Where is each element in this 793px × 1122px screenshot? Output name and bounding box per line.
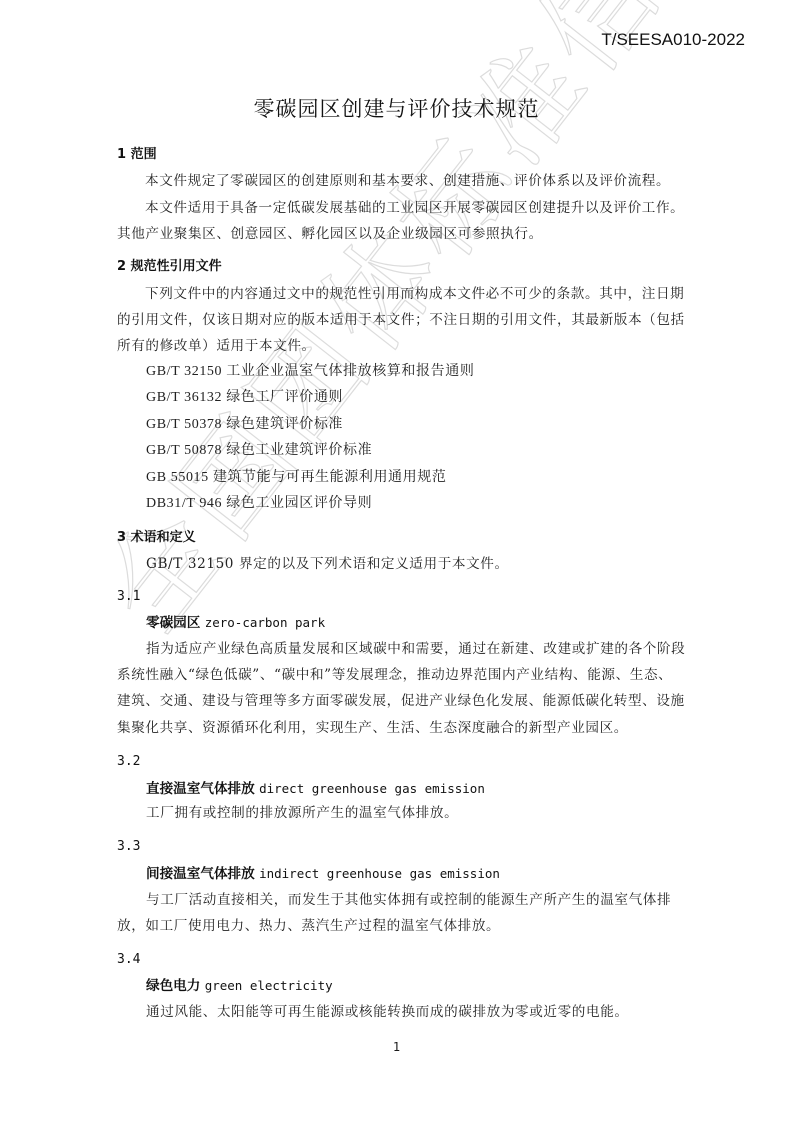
clause-number: 3.1 [117, 588, 140, 606]
section-heading-scope: 1 范围 [117, 146, 157, 164]
reference-item: GB/T 50378 绿色建筑评价标准 [146, 416, 343, 434]
paragraph: 其他产业聚集区、创意园区、孵化园区以及企业级园区可参照执行。 [117, 225, 543, 243]
paragraph: 的引用文件，仅该日期对应的版本适用于本文件；不注日期的引用文件，其最新版本（包括 [117, 311, 685, 329]
term-entry: 间接温室气体排放 indirect greenhouse gas emissio… [146, 865, 500, 883]
definition-line: 指为适应产业绿色高质量发展和区域碳中和需要，通过在新建、改建或扩建的各个阶段 [146, 640, 685, 658]
document-page: 全国团体标准信息平台 T/SEESA010-2022 零碳园区创建与评价技术规范… [0, 0, 793, 1122]
document-code: T/SEESA010-2022 [601, 30, 745, 50]
section-heading-normative-references: 2 规范性引用文件 [117, 258, 222, 276]
term-english: indirect greenhouse gas emission [259, 866, 500, 881]
clause-number: 3.3 [117, 838, 140, 856]
definition-line: 放，如工厂使用电力、热力、蒸汽生产过程的温室气体排放。 [117, 917, 500, 935]
definition-line: 集聚化共享、资源循环化利用，实现生产、生活、生态深度融合的新型产业园区。 [117, 719, 628, 737]
definition-line: 工厂拥有或控制的排放源所产生的温室气体排放。 [146, 804, 458, 822]
term-english: zero-carbon park [205, 615, 325, 630]
section-heading-terms-definitions: 3 术语和定义 [117, 529, 196, 547]
term-entry: 绿色电力 green electricity [146, 977, 333, 995]
paragraph: 下列文件中的内容通过文中的规范性引用而构成本文件必不可少的条款。其中，注日期 [145, 285, 684, 303]
term-chinese: 零碳园区 [146, 615, 200, 631]
term-entry: 直接温室气体排放 direct greenhouse gas emission [146, 780, 485, 798]
page-title: 零碳园区创建与评价技术规范 [0, 93, 793, 123]
term-chinese: 绿色电力 [146, 978, 200, 994]
term-entry: 零碳园区 zero-carbon park [146, 614, 325, 632]
reference-item: GB/T 32150 工业企业温室气体排放核算和报告通则 [146, 363, 474, 381]
definition-line: 建筑、交通、建设与管理等多方面零碳发展，促进产业绿色化发展、能源低碳化转型、设施 [117, 692, 685, 710]
clause-number: 3.2 [117, 753, 140, 771]
definition-line: 通过风能、太阳能等可再生能源或核能转换而成的碳排放为零或近零的电能。 [146, 1003, 629, 1021]
term-english: direct greenhouse gas emission [259, 781, 485, 796]
page-number: 1 [0, 1040, 793, 1054]
paragraph: 所有的修改单）适用于本文件。 [117, 337, 316, 355]
paragraph: GB/T 32150 界定的以及下列术语和定义适用于本文件。 [146, 555, 509, 573]
definition-line: 系统性融入“绿色低碳”、“碳中和”等发展理念，推动边界范围内产业结构、能源、生态… [117, 666, 672, 684]
clause-number: 3.4 [117, 951, 140, 969]
term-chinese: 间接温室气体排放 [146, 866, 255, 882]
term-english: green electricity [205, 978, 333, 993]
reference-item: GB/T 36132 绿色工厂评价通则 [146, 389, 343, 407]
definition-line: 与工厂活动直接相关，而发生于其他实体拥有或控制的能源生产所产生的温室气体排 [146, 891, 671, 909]
reference-item: DB31/T 946 绿色工业园区评价导则 [146, 495, 372, 513]
paragraph: 本文件规定了零碳园区的创建原则和基本要求、创建措施、评价体系以及评价流程。 [145, 172, 670, 190]
term-chinese: 直接温室气体排放 [146, 781, 255, 797]
paragraph: 本文件适用于具备一定低碳发展基础的工业园区开展零碳园区创建提升以及评价工作。 [145, 199, 684, 217]
reference-item: GB/T 50878 绿色工业建筑评价标准 [146, 442, 372, 460]
reference-item: GB 55015 建筑节能与可再生能源利用通用规范 [146, 469, 446, 487]
